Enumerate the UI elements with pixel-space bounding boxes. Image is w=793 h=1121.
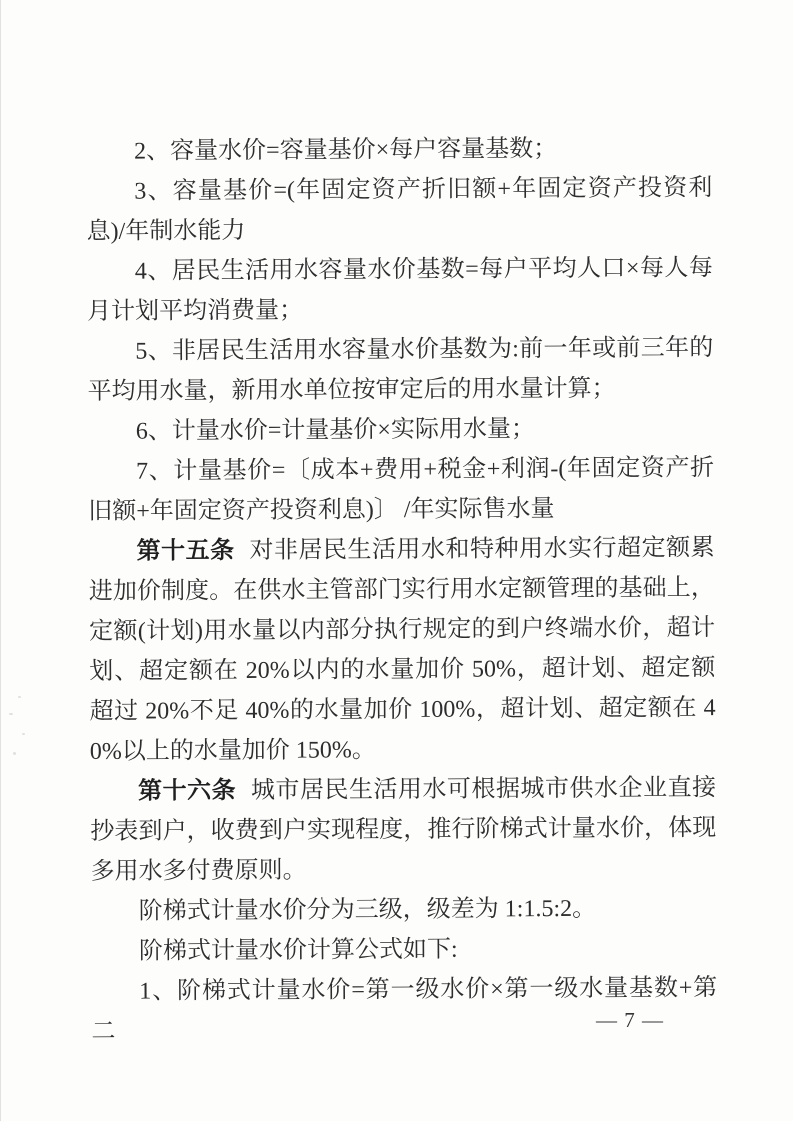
scan-speck [22,733,25,735]
paragraph-9: 阶梯式计量水价分为三级，级差为 1:1.5:2。 [91,888,717,932]
paragraph-2: 3、容量基价=(年固定资产折旧额+年固定资产投资利息)/年制水能力 [86,168,712,252]
scan-edge-line [0,0,1,1121]
paragraph-5: 6、计量水价=计量基价×实际用水量； [88,408,714,452]
page-number: — 7 — [596,1004,696,1036]
document-body: 2、容量水价=容量基价×每户容量基数；3、容量基价=(年固定资产折旧额+年固定资… [86,128,718,1052]
paragraph-6: 7、计量基价=〔成本+费用+税金+利润-(年固定资产折旧额+年固定资产投资利息)… [88,448,714,532]
scan-speck [9,713,13,715]
scan-speck [13,752,16,755]
article-term: 第十五条 [136,538,234,565]
paragraph-8: 第十六条城市居民生活用水可根据城市供水企业直接抄表到户，收费到户实现程度，推行阶… [90,768,717,892]
paragraph-3: 4、居民生活用水容量水价基数=每户平均人口×每人每月计划平均消费量； [87,248,713,332]
article-term: 第十六条 [138,778,236,805]
scan-speck [18,696,21,698]
document-page: 2、容量水价=容量基价×每户容量基数；3、容量基价=(年固定资产折旧额+年固定资… [0,0,793,1121]
paragraph-7: 第十五条对非居民生活用水和特种用水实行超定额累进加价制度。在供水主管部门实行用水… [88,528,715,772]
paragraph-4: 5、非居民生活用水容量水价基数为:前一年或前三年的平均用水量，新用水单位按审定后… [87,328,713,412]
paragraph-10: 阶梯式计量水价计算公式如下: [91,928,717,972]
paragraph-1: 2、容量水价=容量基价×每户容量基数； [86,128,712,172]
